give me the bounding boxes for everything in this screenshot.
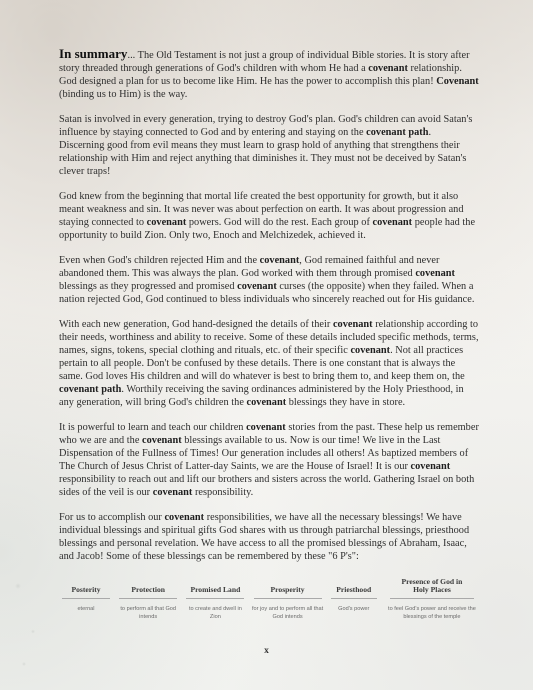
- six-ps-title: Prosperity: [254, 582, 322, 599]
- six-ps-column: Presence of God in Holy Placesto feel Go…: [384, 582, 480, 621]
- six-ps-title: Posterity: [62, 582, 110, 599]
- paragraph-text: For us to accomplish our: [59, 512, 164, 523]
- six-ps-column: PriesthoodGod's power: [329, 582, 379, 613]
- six-ps-column: Posterityeternal: [60, 582, 112, 613]
- emphasis-term: covenant: [247, 397, 287, 408]
- emphasis-term: covenant: [260, 255, 300, 266]
- six-ps-description: to feel God's power and receive the bles…: [384, 605, 480, 621]
- lead-heading: In summary: [59, 46, 127, 61]
- six-ps-title: Priesthood: [331, 582, 377, 599]
- six-ps-column: Promised Landto create and dwell in Zion: [184, 582, 246, 621]
- paragraph: For us to accomplish our covenant respon…: [59, 512, 479, 564]
- emphasis-term: Covenant: [436, 76, 479, 87]
- page-number: x: [0, 646, 533, 656]
- six-ps-description: eternal: [77, 605, 94, 613]
- paragraph-text: blessings they have in store.: [286, 397, 405, 408]
- emphasis-term: covenant: [368, 63, 408, 74]
- six-ps-column: Protectionto perform all that God intend…: [117, 582, 179, 621]
- six-ps-description: for joy and to perform all that God inte…: [252, 605, 324, 621]
- paragraph-text: powers. God will do the rest. Each group…: [186, 217, 372, 228]
- paragraph-text: blessings as they progressed and promise…: [59, 281, 237, 292]
- emphasis-term: covenant path: [366, 127, 428, 138]
- paragraph-text: responsibility.: [192, 487, 253, 498]
- paragraph-text: It is powerful to learn and teach our ch…: [59, 422, 246, 433]
- paragraph-text: (binding us to Him) is the way.: [59, 89, 187, 100]
- six-ps-title: Protection: [119, 582, 177, 599]
- paragraph-text: Even when God's children rejected Him an…: [59, 255, 260, 266]
- six-ps-description: to create and dwell in Zion: [184, 605, 246, 621]
- document-body: In summary... The Old Testament is not j…: [59, 48, 479, 576]
- six-ps-title: Presence of God in Holy Places: [390, 582, 474, 599]
- six-ps-description: God's power: [338, 605, 369, 613]
- paragraph: God knew from the beginning that mortal …: [59, 191, 479, 243]
- paragraph: In summary... The Old Testament is not j…: [59, 48, 479, 102]
- emphasis-term: covenant: [246, 422, 286, 433]
- emphasis-term: covenant: [415, 268, 455, 279]
- emphasis-term: covenant: [350, 345, 390, 356]
- paragraph: It is powerful to learn and teach our ch…: [59, 422, 479, 499]
- emphasis-term: covenant: [411, 461, 451, 472]
- paragraph-text: With each new generation, God hand-desig…: [59, 319, 333, 330]
- six-ps-table: PosterityeternalProtectionto perform all…: [60, 582, 480, 621]
- six-ps-title: Promised Land: [186, 582, 244, 599]
- emphasis-term: covenant: [164, 512, 204, 523]
- paragraph-text: responsibility to reach out and lift our…: [59, 474, 474, 498]
- emphasis-term: covenant: [153, 487, 193, 498]
- emphasis-term: covenant path: [59, 384, 121, 395]
- emphasis-term: covenant: [373, 217, 413, 228]
- emphasis-term: covenant: [147, 217, 187, 228]
- emphasis-term: covenant: [142, 435, 182, 446]
- six-ps-column: Prosperityfor joy and to perform all tha…: [252, 582, 324, 621]
- six-ps-description: to perform all that God intends: [117, 605, 179, 621]
- paragraph: Even when God's children rejected Him an…: [59, 255, 479, 307]
- emphasis-term: covenant: [237, 281, 277, 292]
- emphasis-term: covenant: [333, 319, 373, 330]
- paragraph: With each new generation, God hand-desig…: [59, 319, 479, 409]
- paragraph: Satan is involved in every generation, t…: [59, 114, 479, 179]
- background-texture: [0, 560, 60, 690]
